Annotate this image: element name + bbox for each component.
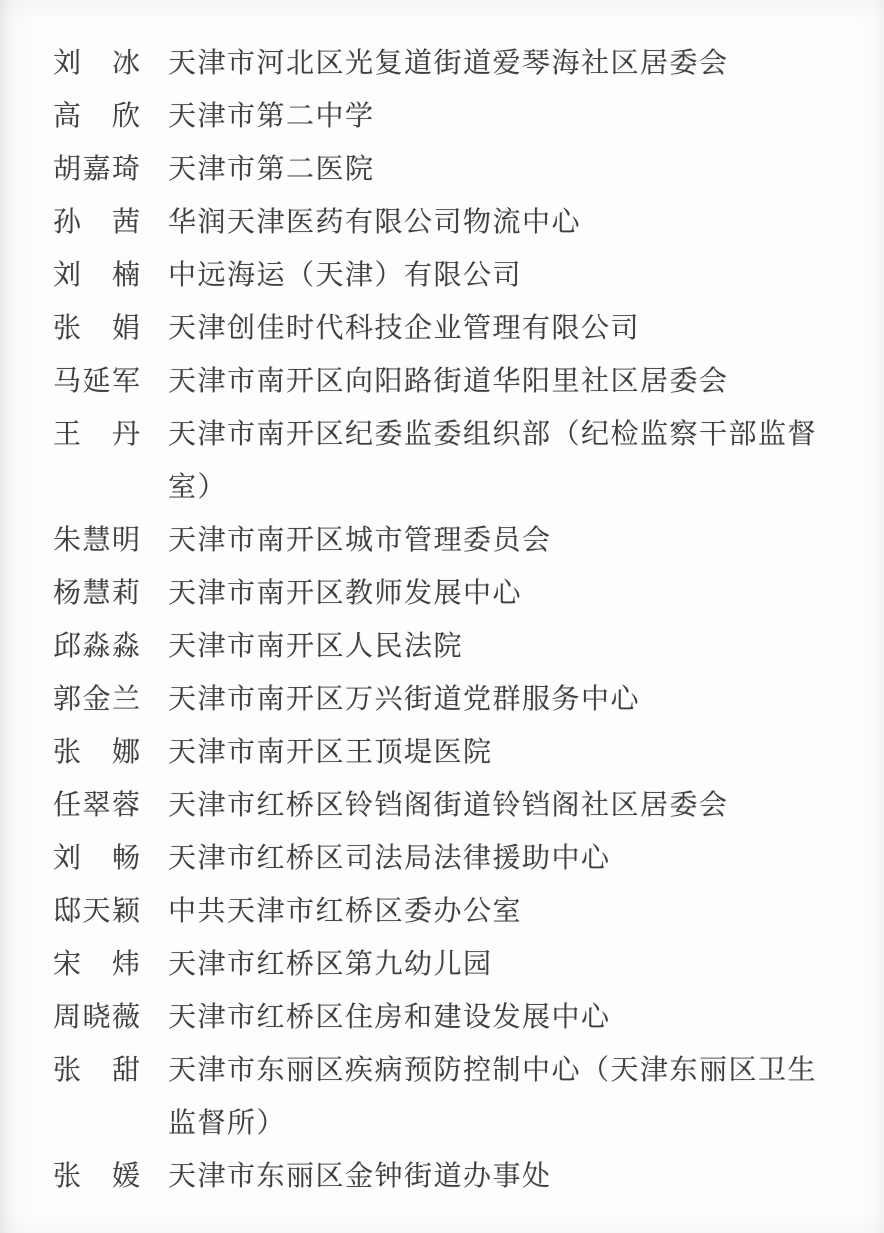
organization: 天津市红桥区住房和建设发展中心	[168, 988, 884, 1041]
organization: 天津市南开区万兴街道党群服务中心	[168, 670, 884, 723]
organization-name: 天津市第二中学	[168, 87, 884, 140]
person-name: 王 丹	[53, 405, 143, 458]
organization-name: 天津市红桥区住房和建设发展中心	[168, 988, 884, 1041]
document-page: 刘 冰 天津市河北区光复道街道爱琴海社区居委会 高 欣 天津市第二中学 胡嘉琦 …	[0, 0, 884, 1233]
organization-name: 天津市南开区纪委监委组织部（纪检监察干部监督	[168, 405, 884, 458]
list-item: 张 媛 天津市东丽区金钟街道办事处	[0, 1147, 884, 1200]
list-item: 宋 炜 天津市红桥区第九幼儿园	[0, 935, 884, 988]
person-name: 高 欣	[53, 87, 143, 140]
organization: 天津市南开区人民法院	[168, 617, 884, 670]
organization-name: 华润天津医药有限公司物流中心	[168, 193, 884, 246]
person-name: 任翠蓉	[53, 776, 143, 829]
list-item: 邱淼淼 天津市南开区人民法院	[0, 617, 884, 670]
organization-name: 中远海运（天津）有限公司	[168, 246, 884, 299]
person-name: 郭金兰	[53, 670, 143, 723]
list-item: 邸天颖 中共天津市红桥区委办公室	[0, 882, 884, 935]
list-item: 张 娟 天津创佳时代科技企业管理有限公司	[0, 299, 884, 352]
person-name: 刘 畅	[53, 829, 143, 882]
organization-name: 天津市红桥区司法局法律援助中心	[168, 829, 884, 882]
organization-name: 天津创佳时代科技企业管理有限公司	[168, 299, 884, 352]
organization: 天津市河北区光复道街道爱琴海社区居委会	[168, 34, 884, 87]
organization: 天津市南开区向阳路街道华阳里社区居委会	[168, 352, 884, 405]
organization-name: 天津市南开区向阳路街道华阳里社区居委会	[168, 352, 884, 405]
organization-name: 天津市南开区王顶堤医院	[168, 723, 884, 776]
organization-name: 天津市南开区教师发展中心	[168, 564, 884, 617]
organization-name: 天津市南开区万兴街道党群服务中心	[168, 670, 884, 723]
organization: 中远海运（天津）有限公司	[168, 246, 884, 299]
list-item: 刘 畅 天津市红桥区司法局法律援助中心	[0, 829, 884, 882]
organization-name: 天津市东丽区金钟街道办事处	[168, 1147, 884, 1200]
person-name: 胡嘉琦	[53, 140, 143, 193]
list-item: 孙 茜 华润天津医药有限公司物流中心	[0, 193, 884, 246]
list-item: 杨慧莉 天津市南开区教师发展中心	[0, 564, 884, 617]
list-item: 马延军 天津市南开区向阳路街道华阳里社区居委会	[0, 352, 884, 405]
person-name: 杨慧莉	[53, 564, 143, 617]
person-name: 周晓薇	[53, 988, 143, 1041]
organization: 天津市南开区教师发展中心	[168, 564, 884, 617]
organization-name: 天津市第二医院	[168, 140, 884, 193]
organization: 天津市第二中学	[168, 87, 884, 140]
organization: 天津市第二医院	[168, 140, 884, 193]
organization: 天津市南开区王顶堤医院	[168, 723, 884, 776]
organization-name: 天津市红桥区第九幼儿园	[168, 935, 884, 988]
person-name: 张 娜	[53, 723, 143, 776]
list-item: 张 娜 天津市南开区王顶堤医院	[0, 723, 884, 776]
list-item: 王 丹 天津市南开区纪委监委组织部（纪检监察干部监督 室）	[0, 405, 884, 511]
list-item: 高 欣 天津市第二中学	[0, 87, 884, 140]
organization-name: 天津市河北区光复道街道爱琴海社区居委会	[168, 34, 884, 87]
person-name: 张 娟	[53, 299, 143, 352]
person-name: 邱淼淼	[53, 617, 143, 670]
person-name: 邸天颖	[53, 882, 143, 935]
organization: 天津市东丽区金钟街道办事处	[168, 1147, 884, 1200]
organization: 中共天津市红桥区委办公室	[168, 882, 884, 935]
list-item: 刘 冰 天津市河北区光复道街道爱琴海社区居委会	[0, 34, 884, 87]
list-item: 张 甜 天津市东丽区疾病预防控制中心（天津东丽区卫生 监督所）	[0, 1041, 884, 1147]
organization-name: 天津市东丽区疾病预防控制中心（天津东丽区卫生	[168, 1041, 884, 1094]
person-name: 宋 炜	[53, 935, 143, 988]
person-name: 刘 冰	[53, 34, 143, 87]
list-item: 朱慧明 天津市南开区城市管理委员会	[0, 511, 884, 564]
organization: 天津市东丽区疾病预防控制中心（天津东丽区卫生 监督所）	[168, 1041, 884, 1147]
person-name: 孙 茜	[53, 193, 143, 246]
organization: 天津市红桥区铃铛阁街道铃铛阁社区居委会	[168, 776, 884, 829]
person-name: 马延军	[53, 352, 143, 405]
organization: 天津市南开区城市管理委员会	[168, 511, 884, 564]
person-name: 朱慧明	[53, 511, 143, 564]
organization-name: 中共天津市红桥区委办公室	[168, 882, 884, 935]
list-item: 郭金兰 天津市南开区万兴街道党群服务中心	[0, 670, 884, 723]
person-name: 刘 楠	[53, 246, 143, 299]
organization: 华润天津医药有限公司物流中心	[168, 193, 884, 246]
person-name: 张 媛	[53, 1147, 143, 1200]
organization-name-continued: 监督所）	[168, 1094, 884, 1147]
organization-name: 天津市南开区城市管理委员会	[168, 511, 884, 564]
organization-name: 天津市南开区人民法院	[168, 617, 884, 670]
organization: 天津市南开区纪委监委组织部（纪检监察干部监督 室）	[168, 405, 884, 511]
organization: 天津市红桥区司法局法律援助中心	[168, 829, 884, 882]
name-roster-list: 刘 冰 天津市河北区光复道街道爱琴海社区居委会 高 欣 天津市第二中学 胡嘉琦 …	[0, 34, 884, 1200]
person-name: 张 甜	[53, 1041, 143, 1094]
list-item: 刘 楠 中远海运（天津）有限公司	[0, 246, 884, 299]
organization-name: 天津市红桥区铃铛阁街道铃铛阁社区居委会	[168, 776, 884, 829]
list-item: 胡嘉琦 天津市第二医院	[0, 140, 884, 193]
organization: 天津市红桥区第九幼儿园	[168, 935, 884, 988]
list-item: 周晓薇 天津市红桥区住房和建设发展中心	[0, 988, 884, 1041]
organization-name-continued: 室）	[168, 458, 884, 511]
list-item: 任翠蓉 天津市红桥区铃铛阁街道铃铛阁社区居委会	[0, 776, 884, 829]
organization: 天津创佳时代科技企业管理有限公司	[168, 299, 884, 352]
